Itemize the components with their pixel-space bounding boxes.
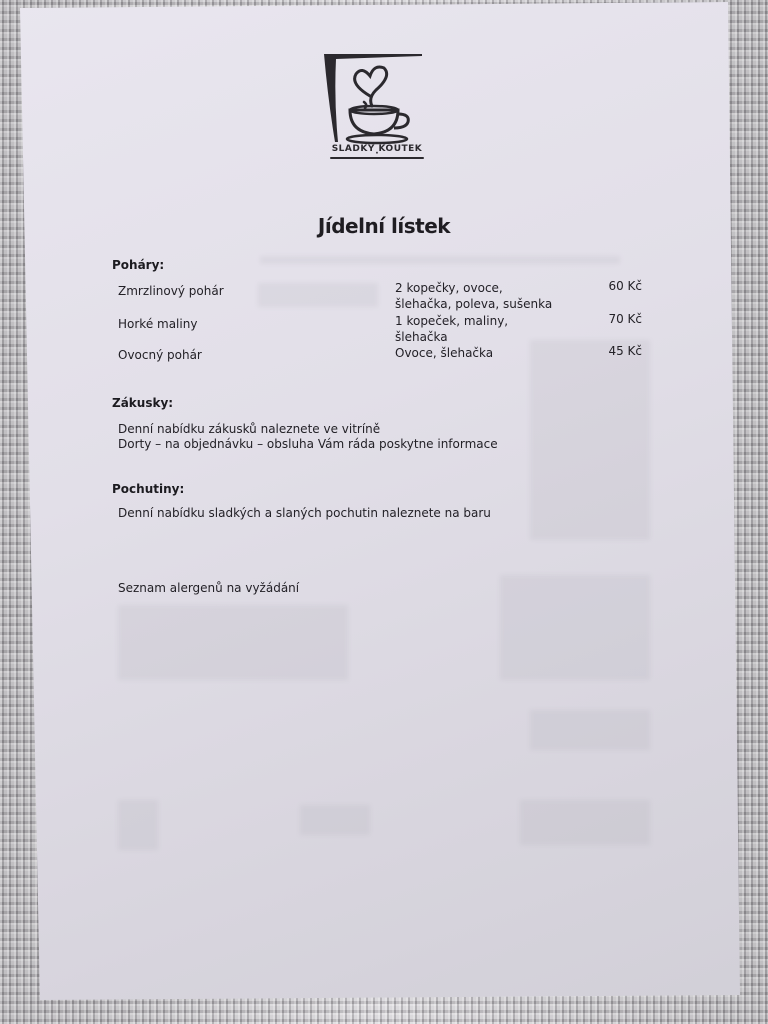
show-through-text xyxy=(118,800,158,850)
show-through-text xyxy=(500,575,650,680)
cafe-logo: · SLADKÝ KOUTEK xyxy=(322,50,432,162)
item-description: 1 kopeček, maliny, xyxy=(395,313,508,329)
item-price: 60 Kč xyxy=(562,278,642,294)
show-through-text xyxy=(530,340,650,540)
show-through-text xyxy=(530,710,650,750)
section-text: Dorty – na objednávku – obsluha Vám ráda… xyxy=(118,436,498,452)
item-price: 70 Kč xyxy=(562,311,642,327)
section-text: Denní nabídku zákusků naleznete ve vitrí… xyxy=(118,421,380,437)
item-description: 2 kopečky, ovoce, xyxy=(395,280,503,296)
item-description: Ovoce, šlehačka xyxy=(395,345,493,361)
section-heading-pohary: Poháry: xyxy=(112,258,164,272)
item-description: šlehačka xyxy=(395,329,448,345)
show-through-text xyxy=(520,800,650,845)
show-through-text xyxy=(260,256,620,264)
item-name: Ovocný pohár xyxy=(118,347,202,363)
item-price: 45 Kč xyxy=(562,343,642,359)
item-description: šlehačka, poleva, sušenka xyxy=(395,296,552,312)
item-name: Horké maliny xyxy=(118,316,197,332)
logo-underline xyxy=(330,157,424,159)
allergen-note: Seznam alergenů na vyžádání xyxy=(118,580,299,596)
section-text: Denní nabídku sladkých a slaných pochuti… xyxy=(118,505,491,521)
show-through-text xyxy=(118,605,348,680)
section-heading-pochutiny: Pochutiny: xyxy=(112,482,184,496)
page-title: Jídelní lístek xyxy=(0,214,768,238)
menu-paper-sheet: · SLADKÝ KOUTEK Jídelní lístek Poháry: Z… xyxy=(0,0,768,1024)
logo-text: SLADKÝ KOUTEK xyxy=(322,144,432,154)
show-through-text xyxy=(258,283,378,307)
section-heading-zakusky: Zákusky: xyxy=(112,396,173,410)
show-through-text xyxy=(300,805,370,835)
item-name: Zmrzlinový pohár xyxy=(118,283,224,299)
